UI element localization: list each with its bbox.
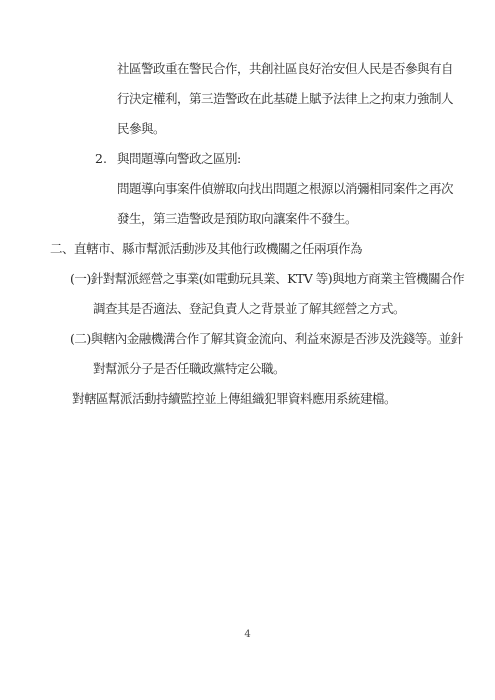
page-number: 4 xyxy=(0,628,495,642)
paragraph-line: 民參與。 xyxy=(117,114,495,144)
sub-item-1: (一)針對幫派經營之事業(如電動玩具業、KTV 等)與地方商業主管機關合作 xyxy=(70,264,495,294)
item-heading: 與問題導向警政之區別: xyxy=(117,144,241,174)
text-block: 社區警政重在警民合作，共創社區良好治安但人民是否參與有自 行決定權利，第三造警政… xyxy=(0,54,495,414)
numbered-item-2: 2. 與問題導向警政之區別: xyxy=(95,144,495,174)
paragraph-line: 問題導向事案件偵辦取向找出問題之根源以消彌相同案件之再次 xyxy=(117,174,495,204)
item-number: 2. xyxy=(95,144,117,174)
sub-item-2: (二)與轄內金融機溝合作了解其資金流向、利益來源是否涉及洗錢等。並針 xyxy=(70,324,495,354)
section-heading-2: 二、直轄市、縣市幫派活動涉及其他行政機關之任兩項作為 xyxy=(50,234,495,264)
document-page: 社區警政重在警民合作，共創社區良好治安但人民是否參與有自 行決定權利，第三造警政… xyxy=(0,0,495,700)
paragraph-line: 發生，第三造警政是預防取向讓案件不發生。 xyxy=(117,204,495,234)
sub-item-2-continuation: 對幫派分子是否任職政黨特定公職。 xyxy=(93,354,495,384)
closing-line: 對轄區幫派活動持續監控並上傳組織犯罪資料應用系統建檔。 xyxy=(72,384,495,414)
paragraph-line: 行決定權利，第三造警政在此基礎上賦予法律上之拘束力強制人 xyxy=(117,84,495,114)
paragraph-line: 社區警政重在警民合作，共創社區良好治安但人民是否參與有自 xyxy=(117,54,495,84)
sub-item-1-continuation: 調查其是否適法、登記負責人之背景並了解其經營之方式。 xyxy=(93,294,495,324)
